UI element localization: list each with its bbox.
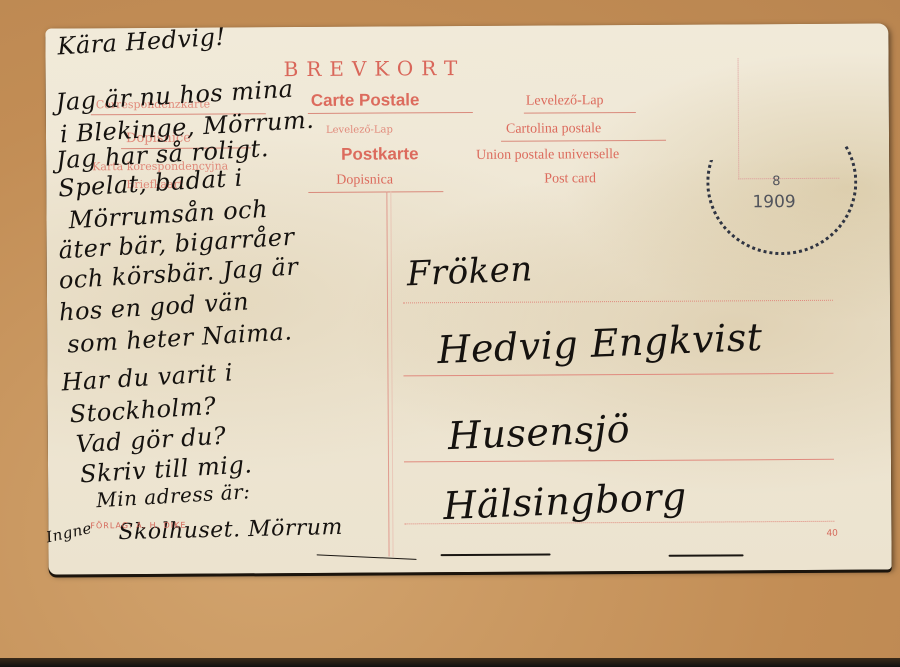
divider — [501, 140, 666, 142]
label-union-postale: Union postale universelle — [476, 147, 619, 164]
label-cartolina-postale: Cartolina postale — [506, 121, 601, 138]
ink-underline — [317, 554, 417, 560]
label-levelezo-small: Levelező-Lap — [326, 124, 393, 135]
label-carte-postale: Carte Postale — [311, 90, 420, 111]
ink-underline — [669, 554, 744, 556]
message-line: Har du varit i — [61, 358, 234, 396]
address-city: Hälsingborg — [442, 474, 687, 528]
divider — [308, 112, 473, 114]
postcard-title: BREVKORT — [284, 56, 466, 81]
divider — [524, 112, 636, 114]
label-post-card: Post card — [544, 171, 596, 187]
ink-underline — [441, 554, 551, 557]
postmark-year: 1909 — [752, 192, 795, 212]
label-postkarte: Postkarte — [341, 144, 419, 164]
label-levelezo-lap: Levelező-Lap — [526, 93, 604, 109]
mount-board-edge — [0, 658, 900, 667]
postmark-day: 8 — [772, 174, 780, 189]
message-signature: Ingne — [45, 519, 94, 546]
message-address-divider — [386, 191, 389, 556]
card-number: 40 — [826, 529, 838, 539]
postcard: BREVKORT Correspondenzkarte Dopisnice Ka… — [45, 23, 891, 574]
message-address-divider-dotted — [390, 191, 393, 556]
address-rule — [404, 459, 834, 463]
address-rule — [403, 300, 833, 304]
address-title: Fröken — [406, 249, 533, 294]
message-line: Kära Hedvig! — [57, 23, 227, 61]
address-recipient-name: Hedvig Engkvist — [436, 315, 763, 372]
label-dopisnica: Dopisnica — [336, 172, 393, 188]
address-locality: Husensjö — [447, 407, 631, 458]
divider — [308, 191, 443, 193]
message-line-return-address: Skolhuset. Mörrum — [118, 515, 343, 545]
publisher-imprint: FÖRLAG: A. H. DIKE — [90, 521, 186, 531]
address-rule — [403, 373, 833, 377]
